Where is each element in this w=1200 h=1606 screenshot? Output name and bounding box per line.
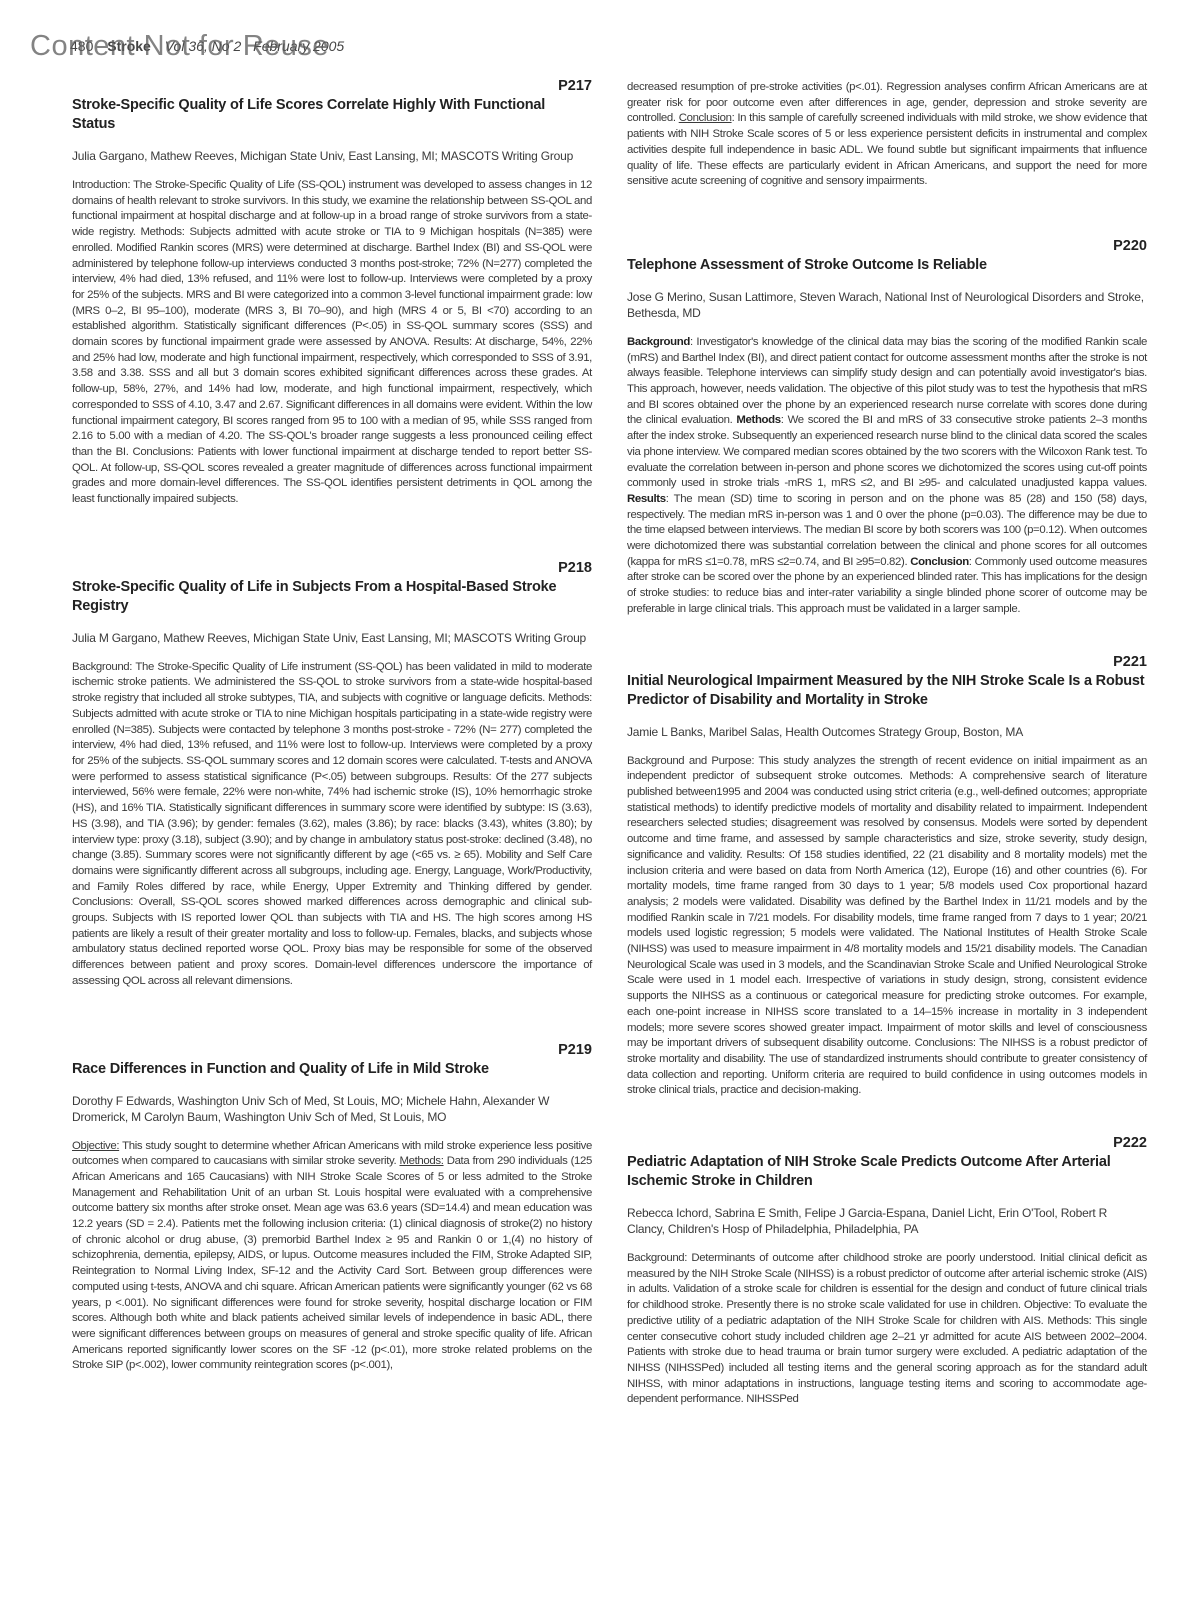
abstract-p218: P218 Stroke-Specific Quality of Life in … xyxy=(72,560,592,990)
abstract-authors: Dorothy F Edwards, Washington Univ Sch o… xyxy=(72,1093,592,1125)
section-text: : Investigator's knowledge of the clinic… xyxy=(627,336,1147,427)
abstract-p221: P221 Initial Neurological Impairment Mea… xyxy=(627,654,1147,1099)
abstract-authors: Jose G Merino, Susan Lattimore, Steven W… xyxy=(627,289,1147,321)
section-label-results: Results xyxy=(627,493,666,505)
section-label-methods: Methods: xyxy=(399,1155,443,1167)
section-label-methods: Methods xyxy=(736,414,780,426)
abstract-number: P219 xyxy=(72,1042,592,1058)
right-column: decreased resumption of pre-stroke activ… xyxy=(627,80,1147,1442)
watermark: Content Not for Reuse xyxy=(30,30,329,63)
abstract-number: P221 xyxy=(627,654,1147,670)
abstract-number: P220 xyxy=(627,238,1147,254)
abstract-title: Stroke-Specific Quality of Life in Subje… xyxy=(72,578,592,616)
abstract-body: Background: Determinants of outcome afte… xyxy=(627,1251,1147,1408)
abstract-authors: Julia M Gargano, Mathew Reeves, Michigan… xyxy=(72,630,592,646)
abstract-title: Pediatric Adaptation of NIH Stroke Scale… xyxy=(627,1153,1147,1191)
abstract-p220: P220 Telephone Assessment of Stroke Outc… xyxy=(627,238,1147,618)
abstract-body: Objective: This study sought to determin… xyxy=(72,1139,592,1375)
abstract-title: Race Differences in Function and Quality… xyxy=(72,1060,592,1079)
abstract-p219: P219 Race Differences in Function and Qu… xyxy=(72,1042,592,1375)
abstract-body: Introduction: The Stroke-Specific Qualit… xyxy=(72,178,592,508)
abstract-p217: P217 Stroke-Specific Quality of Life Sco… xyxy=(72,78,592,508)
abstract-p219-continuation: decreased resumption of pre-stroke activ… xyxy=(627,80,1147,190)
section-label-background: Background xyxy=(627,336,690,348)
abstract-authors: Rebecca Ichord, Sabrina E Smith, Felipe … xyxy=(627,1205,1147,1237)
abstract-body: Background: Investigator's knowledge of … xyxy=(627,335,1147,618)
section-label-conclusion: Conclusion xyxy=(910,556,969,568)
abstract-authors: Jamie L Banks, Maribel Salas, Health Out… xyxy=(627,724,1147,740)
abstract-p222: P222 Pediatric Adaptation of NIH Stroke … xyxy=(627,1135,1147,1408)
abstract-title: Initial Neurological Impairment Measured… xyxy=(627,672,1147,710)
abstract-number: P218 xyxy=(72,560,592,576)
abstract-number: P222 xyxy=(627,1135,1147,1151)
abstract-title: Stroke-Specific Quality of Life Scores C… xyxy=(72,96,592,134)
section-label-objective: Objective: xyxy=(72,1140,119,1152)
abstract-body: Background and Purpose: This study analy… xyxy=(627,754,1147,1099)
section-text: Data from 290 individuals (125 African A… xyxy=(72,1155,592,1371)
abstract-authors: Julia Gargano, Mathew Reeves, Michigan S… xyxy=(72,148,592,164)
abstract-number: P217 xyxy=(72,78,592,94)
section-label-conclusion: Conclusion xyxy=(679,112,732,124)
abstract-body: Background: The Stroke-Specific Quality … xyxy=(72,660,592,990)
left-column: P217 Stroke-Specific Quality of Life Sco… xyxy=(72,78,592,1408)
abstract-title: Telephone Assessment of Stroke Outcome I… xyxy=(627,256,1147,275)
